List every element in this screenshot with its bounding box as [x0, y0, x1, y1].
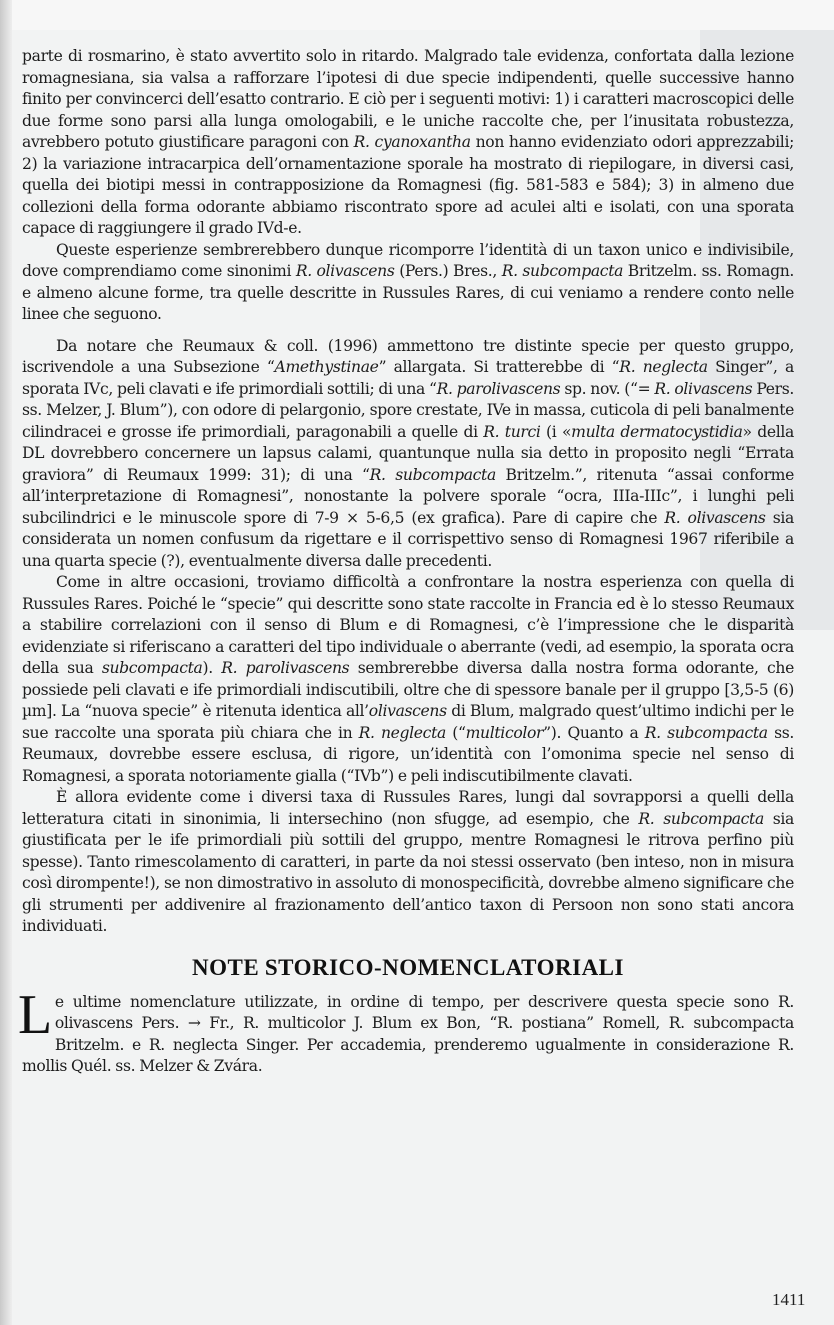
paragraph-p1: parte di rosmarino, è stato avvertito so… — [22, 46, 794, 240]
italic-text-run: R. subcompacta — [669, 1014, 794, 1032]
italic-text-run: R. subcompacta — [502, 262, 623, 280]
page-number: 1411 — [772, 1290, 805, 1310]
text-run: ”). Quanto a — [543, 724, 645, 742]
page-gutter-shadow — [0, 0, 12, 1325]
text-run: sia giustificata per le ife primordiali … — [22, 810, 794, 936]
paragraph-p5: È allora evidente come i diversi taxa di… — [22, 787, 794, 938]
page-top-edge — [12, 0, 834, 30]
italic-text-run: R. neglecta — [149, 1036, 238, 1054]
italic-text-run: R. parolivascens — [221, 659, 349, 677]
text-run: ” Romell, — [586, 1014, 669, 1032]
text-run: ” allargata. Si tratterebbe di “ — [379, 358, 620, 376]
text-run: sp. nov. (“= — [560, 380, 654, 398]
text-run: (“ — [446, 724, 466, 742]
italic-text-run: Amethystinae — [275, 358, 379, 376]
italic-text-run: multa dermatocystidia — [571, 423, 742, 441]
text-run: Singer. Per accademia, prenderemo ugualm… — [238, 1036, 778, 1054]
text-run: ). — [203, 659, 222, 677]
italic-text-run: R. olivascens — [296, 262, 395, 280]
italic-text-run: R. subcompacta — [638, 810, 764, 828]
italic-text-run: R. postiana — [497, 1014, 586, 1032]
paragraph-p4: Come in altre occasioni, troviamo diffic… — [22, 572, 794, 787]
text-column: parte di rosmarino, è stato avvertito so… — [22, 46, 794, 1078]
italic-text-run: R. subcompacta — [370, 466, 496, 484]
text-run: Quél. ss. Melzer & Zvára. — [67, 1057, 262, 1075]
italic-text-run: olivascens — [369, 702, 447, 720]
italic-text-run: R. subcompacta — [645, 724, 768, 742]
text-run: J. Blum ex Bon, “ — [345, 1014, 497, 1032]
italic-text-run: R. multicolor — [243, 1014, 345, 1032]
text-run: (Pers.) Bres., — [395, 262, 502, 280]
italic-text-run: R. parolivascens — [437, 380, 561, 398]
italic-text-run: R. neglecta — [619, 358, 707, 376]
drop-cap: L — [18, 992, 52, 1036]
text-run: Britzelm. e — [55, 1036, 149, 1054]
section-paragraph: L e ultime nomenclature utilizzate, in o… — [22, 992, 794, 1078]
text-run: e ultime nomenclature utilizzate, in ord… — [55, 993, 778, 1011]
text-run: Pers. → Fr., — [133, 1014, 243, 1032]
section-heading: NOTE STORICO-NOMENCLATORIALI — [22, 954, 794, 982]
paragraph-p2: Queste esperienze sembrerebbero dunque r… — [22, 240, 794, 326]
italic-text-run: R. neglecta — [359, 724, 446, 742]
text-run: (i « — [541, 423, 572, 441]
italic-text-run: subcompacta — [102, 659, 203, 677]
italic-text-run: R. turci — [483, 423, 540, 441]
body-paragraphs: parte di rosmarino, è stato avvertito so… — [22, 46, 794, 938]
paragraph-p3: Da notare che Reumaux & coll. (1996) amm… — [22, 336, 794, 573]
italic-text-run: multicolor — [466, 724, 544, 742]
italic-text-run: R. cyanoxantha — [354, 133, 471, 151]
italic-text-run: R. olivascens — [664, 509, 765, 527]
italic-text-run: R. olivascens — [654, 380, 752, 398]
